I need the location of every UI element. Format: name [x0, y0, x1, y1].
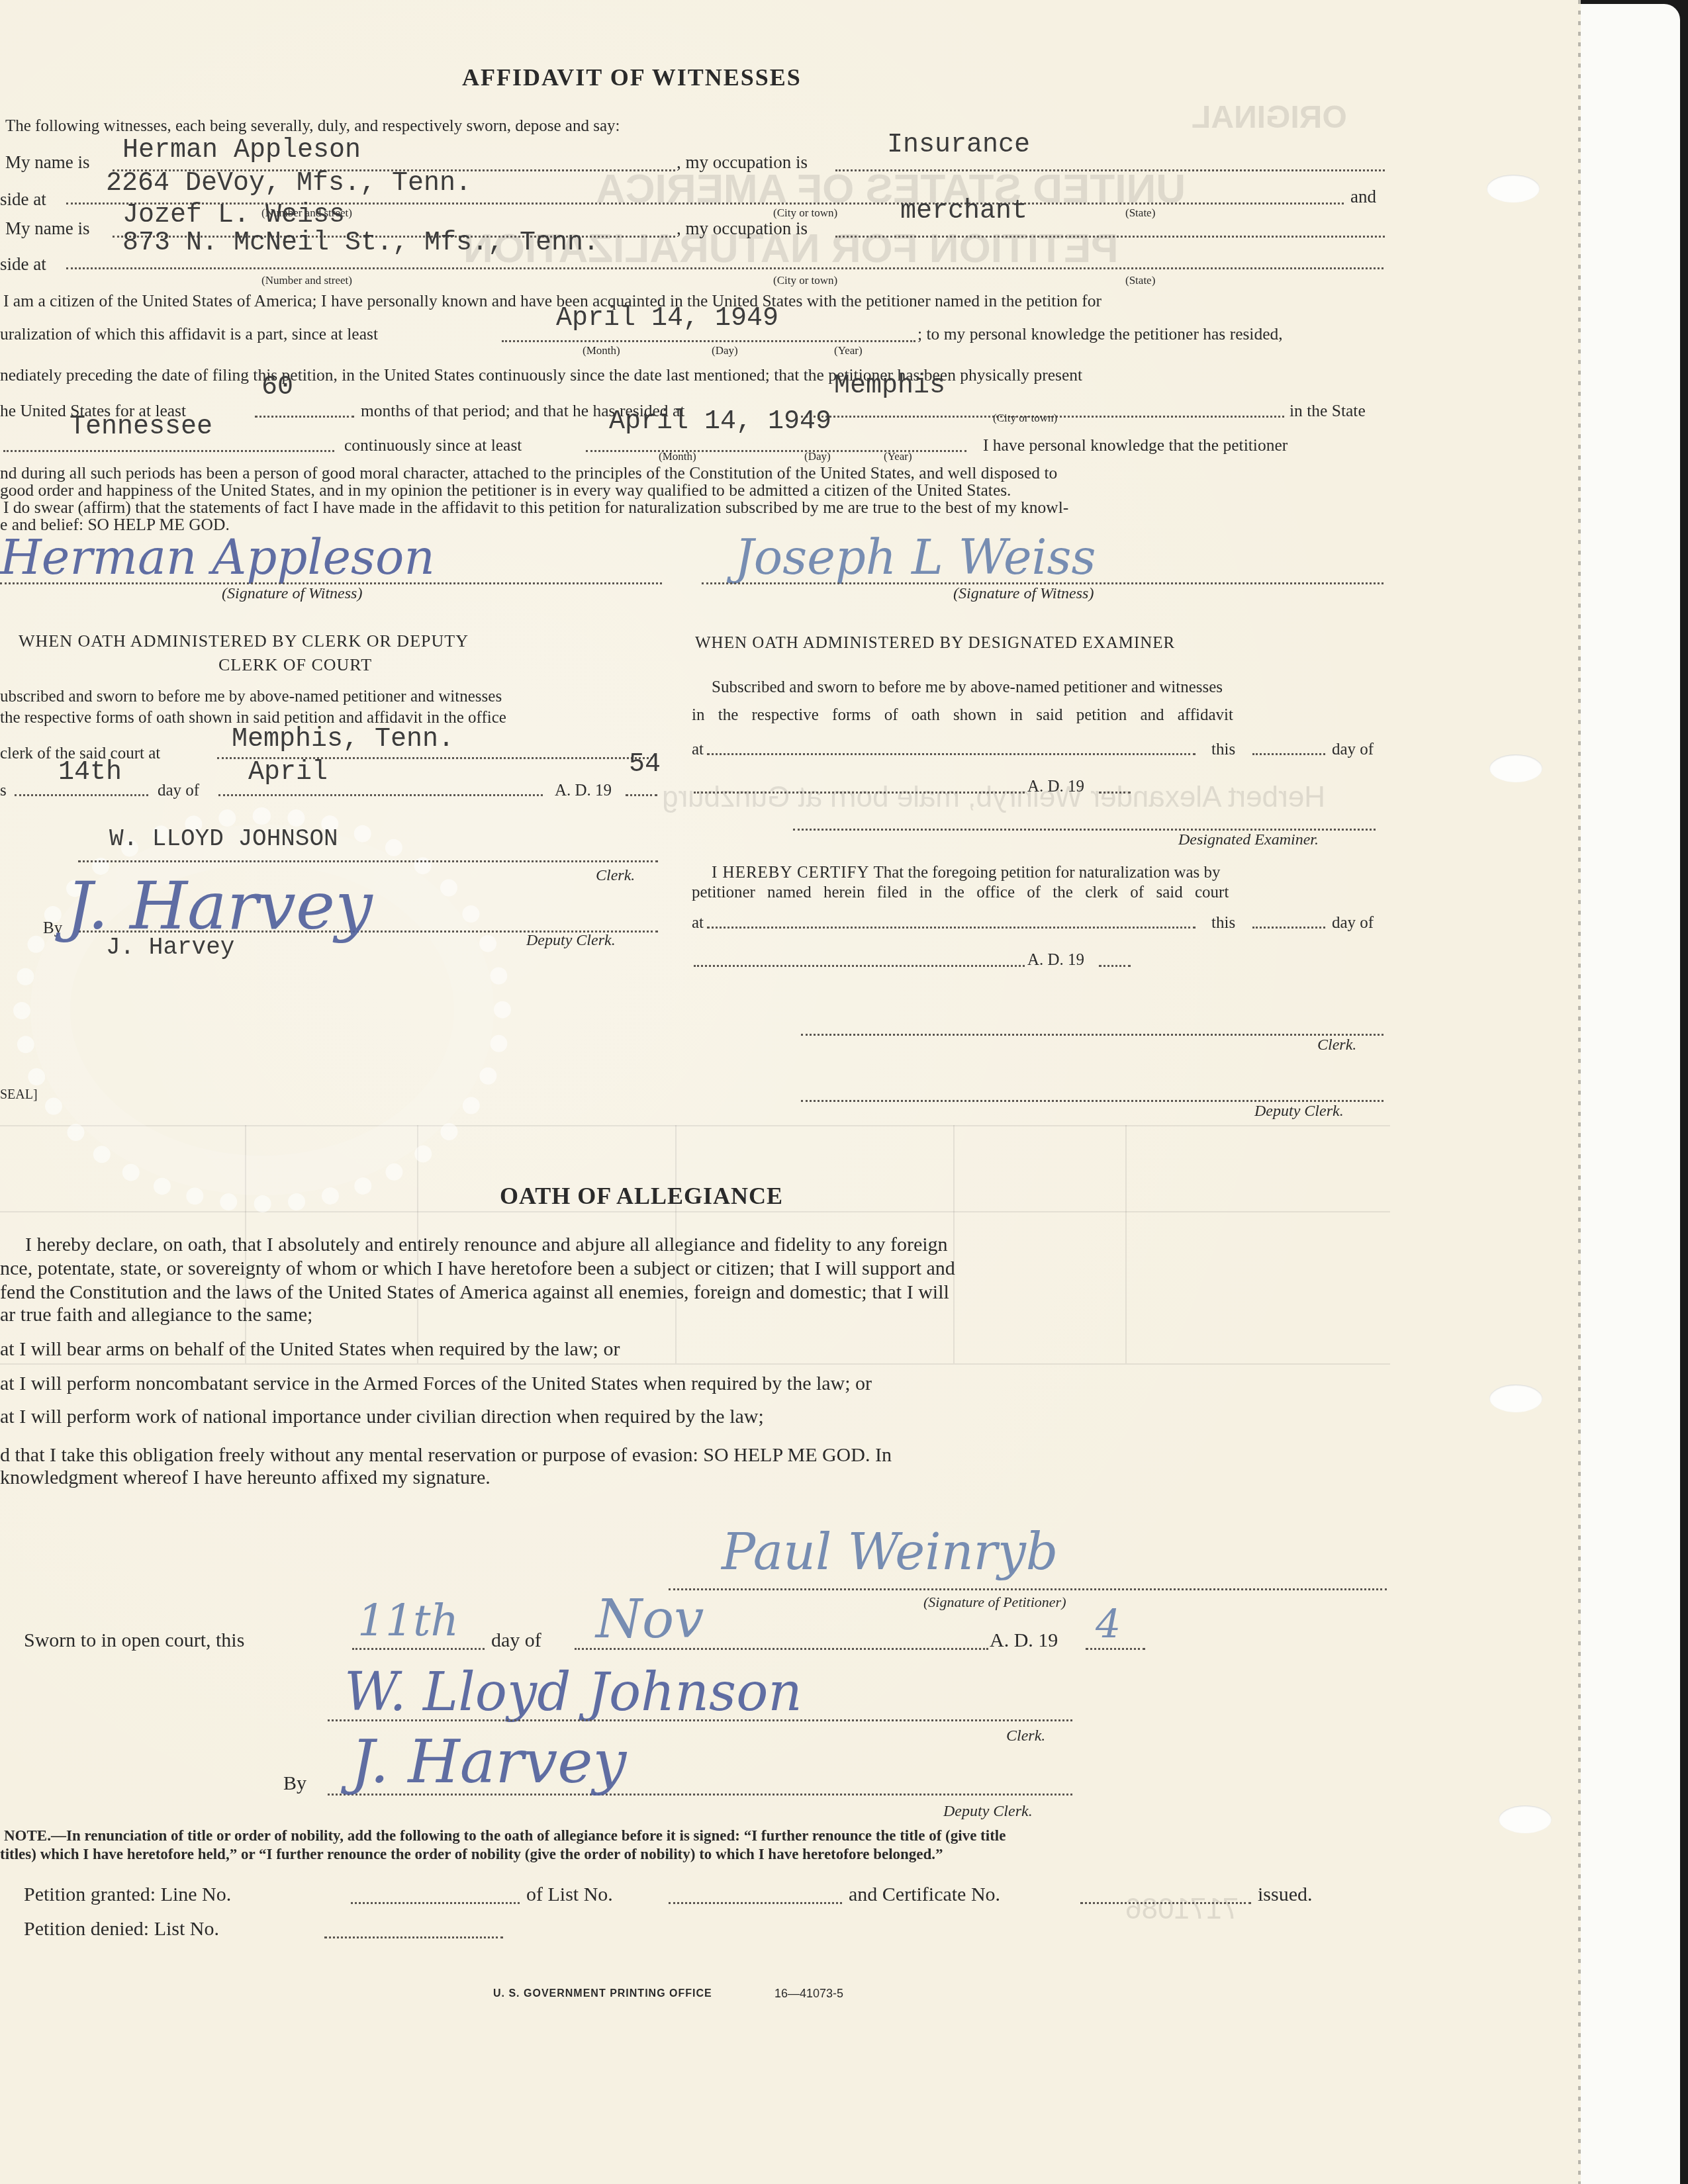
affidavit-intro: The following witnesses, each being seve…: [5, 118, 620, 134]
resided-since-field[interactable]: April 14, 1949: [609, 409, 831, 435]
oath-line4: ar true faith and allegiance to the same…: [0, 1305, 312, 1325]
bleed-through-text: 7171086: [1125, 1893, 1239, 1926]
examiner-heading: WHEN OATH ADMINISTERED BY DESIGNATED EXA…: [695, 634, 1175, 653]
sworn-ad-label: A. D. 19: [990, 1631, 1058, 1651]
oath-line9: knowledgment whereof I have hereunto aff…: [0, 1468, 491, 1488]
affidavit-para1-line5: continuously since at least: [344, 437, 522, 454]
clerk-month-field[interactable]: April: [248, 760, 328, 786]
oath-line5: at I will bear arms on behalf of the Uni…: [0, 1340, 620, 1359]
months-present-field[interactable]: 60: [261, 375, 293, 401]
oath-clerk-signature: W. Lloyd Johnson: [344, 1661, 802, 1723]
caption-day: (Day): [712, 344, 738, 357]
oath-deputy-signature: J. Harvey: [351, 1727, 626, 1797]
court-location-field[interactable]: Memphis, Tenn.: [232, 727, 454, 753]
witness2-reside-label: side at: [0, 255, 46, 273]
witness2-address-field[interactable]: 873 N. McNeil St., Mfs., Tenn.: [122, 230, 599, 257]
deputy-clerk-typed: J. Harvey: [106, 936, 234, 960]
witness1-signature-caption: (Signature of Witness): [222, 585, 362, 603]
witness1-address-field[interactable]: 2264 DeVoy, Mfs., Tenn.: [106, 171, 471, 197]
affidavit-title: AFFIDAVIT OF WITNESSES: [462, 64, 802, 91]
caption-state: (State): [1125, 274, 1155, 287]
examiner-this-label: this: [1211, 741, 1235, 758]
seal-label: SEAL]: [0, 1088, 38, 1101]
certify-text: That the foregoing petition for naturali…: [870, 864, 1221, 882]
oath-line6: at I will perform noncombatant service i…: [0, 1374, 872, 1394]
sworn-day-of-label: day of: [491, 1631, 541, 1651]
petitioner-signature: Paul Weinryb: [722, 1522, 1058, 1581]
caption-state: (State): [1125, 206, 1155, 220]
examiner-day-of-label: day of: [1332, 741, 1374, 758]
affidavit-para3-line1: I do swear (affirm) that the statements …: [3, 499, 1068, 516]
examiner-ad-label: A. D. 19: [1027, 778, 1084, 795]
oath-clerk-label: Clerk.: [1006, 1727, 1045, 1745]
clerk-heading-line1: WHEN OATH ADMINISTERED BY CLERK OR DEPUT…: [19, 631, 469, 651]
perforated-edge: [1578, 0, 1581, 2184]
clerk-text-line1: ubscribed and sworn to before me by abov…: [0, 688, 502, 705]
oath-title: OATH OF ALLEGIANCE: [500, 1182, 783, 1210]
certify-deputy-clerk-label: Deputy Clerk.: [1254, 1103, 1344, 1120]
caption-city-town: (City or town): [993, 412, 1057, 425]
caption-city-town: (City or town): [773, 274, 837, 287]
caption-year: (Year): [834, 344, 863, 357]
bleed-through-text: UNITED STATES OF AMERICA: [596, 165, 1186, 212]
affidavit-para1-line2-end: ; to my personal knowledge the petitione…: [917, 326, 1283, 343]
deputy-clerk-label: Deputy Clerk.: [526, 932, 616, 950]
deputy-clerk-signature: J. Harvey: [66, 867, 373, 944]
caption-month: (Month): [583, 344, 620, 357]
petition-denied-label: Petition denied: List No.: [24, 1919, 219, 1939]
witness1-name-field[interactable]: Herman Appleson: [122, 138, 361, 164]
oath-line7: at I will perform work of national impor…: [0, 1407, 764, 1427]
resided-city-field[interactable]: Memphis: [834, 373, 945, 400]
caption-month: (Month): [659, 450, 696, 463]
affidavit-para1-line2: uralization of which this affidavit is a…: [0, 326, 378, 343]
clerk-heading-line2: CLERK OF COURT: [218, 655, 372, 675]
witness2-signature-caption: (Signature of Witness): [953, 585, 1094, 603]
caption-year: (Year): [884, 450, 912, 463]
sworn-year-field[interactable]: 4: [1096, 1602, 1121, 1648]
oath-line2: nce, potentate, state, or sovereignty of…: [0, 1259, 955, 1279]
sworn-label: Sworn to in open court, this: [24, 1631, 244, 1651]
certify-at-label: at: [692, 915, 704, 931]
affidavit-para2-line1: nd during all such periods has been a pe…: [0, 465, 1057, 482]
witness1-reside-label: side at: [0, 191, 46, 208]
bleed-through-text: Herbert Alexander Weinryb, male born at …: [662, 781, 1325, 814]
certify-clerk-label: Clerk.: [1317, 1036, 1356, 1054]
certify-this-label: this: [1211, 915, 1235, 931]
scanner-backing: [1581, 4, 1680, 2184]
binder-hole: [1487, 175, 1540, 203]
day-prefix: s: [0, 782, 7, 799]
affidavit-para1-line5-end: I have personal knowledge that the petit…: [983, 437, 1288, 454]
affidavit-para1-line4-end: in the State: [1289, 402, 1366, 420]
of-list-label: of List No.: [526, 1885, 613, 1905]
witness1-signature: Herman Appleson: [0, 529, 435, 585]
certify-day-of-label: day of: [1332, 915, 1374, 931]
form-code: 16—41073-5: [774, 1987, 843, 2001]
affidavit-para1-line1: I am a citizen of the United States of A…: [3, 293, 1102, 310]
witness2-occupation-field[interactable]: merchant: [900, 199, 1027, 225]
clerk-name-typed: W. LLOYD JOHNSON: [109, 827, 338, 851]
clerk-text-line2: the respective forms of oath shown in sa…: [0, 709, 506, 726]
printer-credit: U. S. GOVERNMENT PRINTING OFFICE: [493, 1988, 712, 2000]
oath-by-label: By: [283, 1774, 306, 1794]
certify-lead: I HEREBY CERTIFY: [712, 864, 870, 882]
witness1-name-label: My name is: [5, 154, 90, 171]
certify-line2: petitioner named herein filed in the off…: [692, 884, 1229, 901]
witness2-name-field[interactable]: Jozef L. Weiss: [122, 203, 345, 229]
binder-hole: [1489, 1385, 1542, 1412]
binder-hole: [1489, 754, 1542, 782]
clerk-day-of-label: day of: [158, 782, 199, 799]
note-line2: titles) which I have heretofore held,” o…: [0, 1846, 943, 1862]
clerk-year-field[interactable]: 54: [629, 752, 661, 778]
and-label: and: [1350, 188, 1376, 206]
sworn-month-field[interactable]: Nov: [596, 1588, 704, 1650]
clerk-ad-label: A. D. 19: [555, 782, 612, 799]
affidavit-para2-line2: good order and happiness of the United S…: [0, 482, 1011, 499]
document-page: ORIGINAL UNITED STATES OF AMERICA PETITI…: [0, 0, 1581, 2184]
witness2-name-label: My name is: [5, 220, 90, 238]
certify-line1: I HEREBY CERTIFY That the foregoing peti…: [712, 864, 1221, 881]
sworn-day-field[interactable]: 11th: [357, 1595, 459, 1646]
caption-day: (Day): [804, 450, 831, 463]
caption-city-town: (City or town): [773, 206, 837, 220]
oath-line1: I hereby declare, on oath, that I absolu…: [25, 1235, 948, 1255]
note-line1: NOTE.—In renunciation of title or order …: [4, 1828, 1006, 1843]
petition-granted-label: Petition granted: Line No.: [24, 1885, 231, 1905]
known-since-field[interactable]: April 14, 1949: [556, 306, 778, 332]
caption-number-street: (Number and street): [261, 274, 352, 287]
binder-hole: [1499, 1805, 1552, 1833]
oath-line3: fend the Constitution and the laws of th…: [0, 1283, 949, 1302]
certify-ad-label: A. D. 19: [1027, 952, 1084, 968]
certificate-label: and Certificate No.: [849, 1885, 1000, 1905]
designated-examiner-label: Designated Examiner.: [1178, 831, 1319, 849]
oath-line8: d that I take this obligation freely wit…: [0, 1445, 892, 1465]
petitioner-signature-caption: (Signature of Petitioner): [923, 1594, 1066, 1611]
examiner-text-line1: Subscribed and sworn to before me by abo…: [712, 679, 1223, 696]
witness1-occupation-label: , my occupation is: [677, 154, 808, 171]
resided-state-field[interactable]: Tennessee: [70, 414, 212, 441]
witness2-occupation-label: , my occupation is: [677, 220, 808, 238]
clerk-label: Clerk.: [596, 867, 635, 885]
examiner-at-label: at: [692, 741, 704, 758]
witness1-occupation-field[interactable]: Insurance: [887, 132, 1030, 159]
issued-label: issued.: [1258, 1885, 1313, 1905]
clerk-day-field[interactable]: 14th: [58, 760, 122, 786]
examiner-text-line2: in the respective forms of oath shown in…: [692, 707, 1233, 723]
clerk-by-label: By: [43, 920, 62, 936]
bleed-through-text: ORIGINAL: [1192, 99, 1347, 136]
witness2-signature: Joseph L Weiss: [735, 529, 1096, 585]
oath-deputy-label: Deputy Clerk.: [943, 1803, 1033, 1821]
